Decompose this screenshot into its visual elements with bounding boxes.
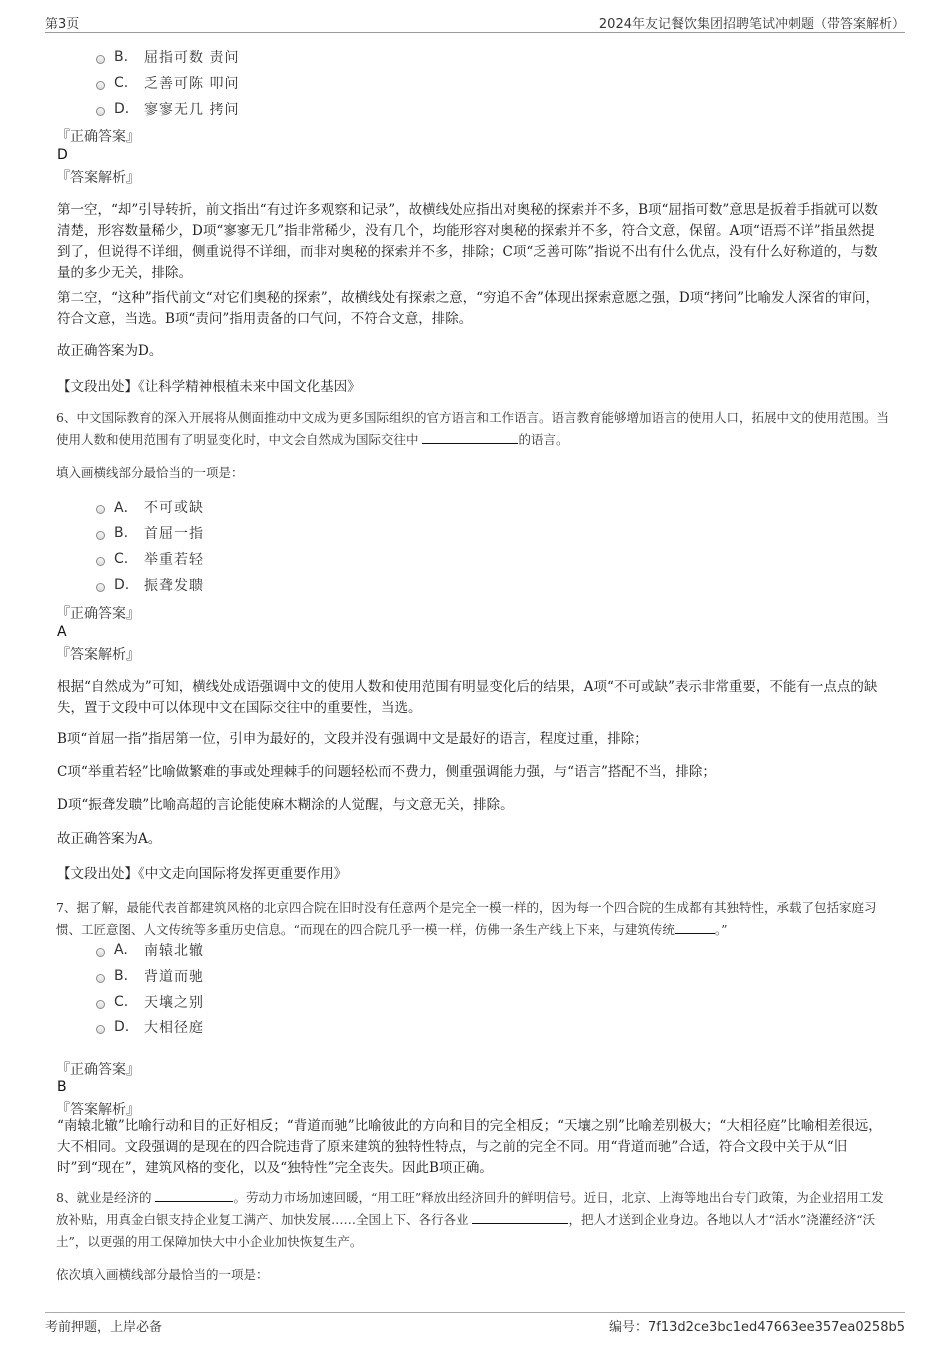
analysis-paragraph: 根据“自然成为”可知，横线处成语强调中文的使用人数和使用范围有明显变化后的结果，… — [57, 677, 887, 719]
page-number: 第3页 — [45, 13, 79, 32]
radio-icon[interactable] — [96, 1025, 105, 1034]
correct-answer-label: 『正确答案』 — [56, 1059, 140, 1079]
analysis-paragraph: 第二空，“这种”指代前文“对它们奥秘的探索”，故横线处有探索之意，“穷追不舍”体… — [57, 288, 887, 330]
radio-icon[interactable] — [96, 583, 105, 592]
document-title: 2024年友记餐饮集团招聘笔试冲刺题（带答案解析） — [599, 13, 905, 32]
q7-option-d[interactable]: D. 大相径庭 — [96, 1017, 204, 1037]
radio-icon[interactable] — [96, 107, 105, 116]
page-header: 第3页 2024年友记餐饮集团招聘笔试冲刺题（带答案解析） — [45, 12, 905, 33]
radio-icon[interactable] — [96, 505, 105, 514]
question-stem: 7、据了解，最能代表首都建筑风格的北京四合院在旧时没有任意两个是完全一模一样的，… — [56, 897, 896, 941]
answer-blank — [675, 923, 715, 934]
q6-option-d[interactable]: D. 振聋发聩 — [96, 575, 204, 595]
q7-option-b[interactable]: B. 背道而驰 — [96, 966, 204, 986]
analysis-paragraph: “南辕北辙”比喻行动和目的正好相反；“背道而驰”比喻彼此的方向和目的完全相反；“… — [57, 1116, 887, 1179]
answer-blank — [422, 431, 518, 444]
analysis-label: 『答案解析』 — [56, 644, 140, 664]
analysis-paragraph: B项“首屈一指”指居第一位，引申为最好的，文段并没有强调中文是最好的语言，程度过… — [57, 729, 887, 750]
question-stem: 6、中文国际教育的深入开展将从侧面推动中文成为更多国际组织的官方语言和工作语言。… — [56, 407, 896, 451]
q6-option-b[interactable]: B. 首屈一指 — [96, 523, 204, 543]
q7-option-c[interactable]: C. 天壤之别 — [96, 992, 204, 1012]
footer-slogan: 考前押题，上岸必备 — [45, 1316, 162, 1335]
q5-option-c[interactable]: C. 乏善可陈 叩问 — [96, 73, 239, 93]
radio-icon[interactable] — [96, 948, 105, 957]
source-citation: 【文段出处】《中文走向国际将发挥更重要作用》 — [57, 862, 347, 882]
radio-icon[interactable] — [96, 557, 105, 566]
question-prompt: 填入画横线部分最恰当的一项是： — [56, 462, 896, 484]
correct-answer-value: A — [57, 624, 67, 640]
q6-option-c[interactable]: C. 举重若轻 — [96, 549, 204, 569]
correct-answer-label: 『正确答案』 — [56, 126, 140, 146]
question-prompt: 依次填入画横线部分最恰当的一项是： — [56, 1264, 896, 1286]
correct-answer-value: D — [57, 147, 68, 163]
answer-blank — [155, 1189, 233, 1202]
question-stem: 8、就业是经济的 。劳动力市场加速回暖，“用工旺”释放出经济回升的鲜明信号。近日… — [56, 1187, 896, 1253]
q6-option-a[interactable]: A． 不可或缺 — [96, 497, 204, 517]
analysis-paragraph: 第一空，“却”引导转折，前文指出“有过许多观察和记录”，故横线处应指出对奥秘的探… — [57, 200, 887, 284]
analysis-paragraph: D项“振聋发聩”比喻高超的言论能使麻木糊涂的人觉醒，与文意无关，排除。 — [57, 795, 887, 816]
radio-icon[interactable] — [96, 81, 105, 90]
analysis-conclusion: 故正确答案为D。 — [57, 341, 887, 362]
correct-answer-label: 『正确答案』 — [56, 603, 140, 623]
correct-answer-value: B — [57, 1079, 67, 1095]
q7-option-a[interactable]: A. 南辕北辙 — [96, 940, 204, 960]
answer-blank — [472, 1211, 568, 1224]
radio-icon[interactable] — [96, 1000, 105, 1009]
analysis-paragraph: C项“举重若轻”比喻做繁难的事或处理棘手的问题轻松而不费力，侧重强调能力强，与“… — [57, 762, 887, 783]
document-code: 编号：7f13d2ce3bc1ed47663ee357ea0258b5 — [609, 1316, 905, 1335]
q5-option-d[interactable]: D. 寥寥无几 拷问 — [96, 99, 239, 119]
radio-icon[interactable] — [96, 531, 105, 540]
radio-icon[interactable] — [96, 974, 105, 983]
source-citation: 【文段出处】《让科学精神根植未来中国文化基因》 — [57, 375, 361, 395]
q5-option-b[interactable]: B. 屈指可数 责问 — [96, 47, 239, 67]
analysis-label: 『答案解析』 — [56, 167, 140, 187]
radio-icon[interactable] — [96, 55, 105, 64]
analysis-conclusion: 故正确答案为A。 — [57, 829, 887, 850]
page-footer: 考前押题，上岸必备 编号：7f13d2ce3bc1ed47663ee357ea0… — [45, 1312, 905, 1335]
